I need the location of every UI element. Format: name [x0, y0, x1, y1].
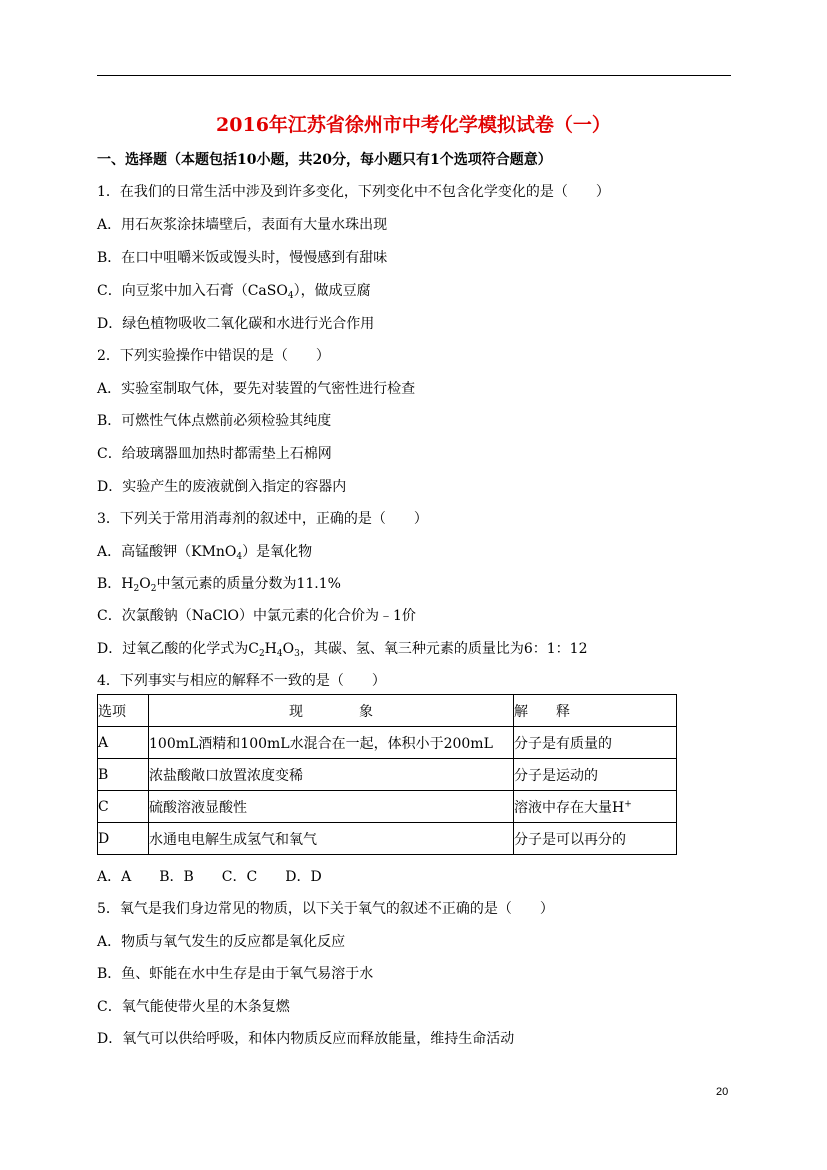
question-4-answer-choices: A．A B．B C．C D．D	[97, 866, 322, 886]
text: 溶液中存在大量H	[514, 800, 624, 816]
question-1-option-a: A．用石灰浆涂抹墙壁后，表面有大量水珠出现	[97, 214, 387, 234]
question-3-option-c: C．次氯酸钠（NaClO）中氯元素的化合价为﹣1价	[97, 605, 416, 625]
section-heading: 一、选择题（本题包括10小题，共20分，每小题只有1个选项符合题意）	[97, 149, 552, 169]
table-cell: 100mL酒精和100mL水混合在一起，体积小于200mL	[149, 727, 514, 759]
question-5-option-c: C．氧气能使带火星的木条复燃	[97, 996, 290, 1016]
table-cell: A	[98, 727, 149, 759]
table-cell: 硫酸溶液显酸性	[149, 791, 514, 823]
table-header-row: 选项 现 象 解 释	[98, 695, 677, 727]
text: ），做成豆腐	[294, 283, 371, 299]
table-cell: 水通电电解生成氢气和氧气	[149, 823, 514, 855]
text: ）是氧化物	[242, 544, 312, 560]
table-row: D 水通电电解生成氢气和氧气 分子是可以再分的	[98, 823, 677, 855]
question-1-stem: 1．在我们的日常生活中涉及到许多变化，下列变化中不包含化学变化的是（ ）	[97, 181, 610, 201]
question-3-stem: 3．下列关于常用消毒剂的叙述中，正确的是（ ）	[97, 508, 428, 528]
table-row: C 硫酸溶液显酸性 溶液中存在大量H+	[98, 791, 677, 823]
text: C．向豆浆中加入石膏（CaSO	[97, 283, 288, 299]
table-cell: 分子是有质量的	[514, 727, 677, 759]
text: O	[139, 576, 150, 592]
question-4-table: 选项 现 象 解 释 A 100mL酒精和100mL水混合在一起，体积小于200…	[97, 694, 677, 855]
question-4-stem: 4．下列事实与相应的解释不一致的是（ ）	[97, 670, 386, 690]
text: ，其碳、氢、氧三种元素的质量比为6：1：12	[300, 641, 588, 657]
table-row: B 浓盐酸敞口放置浓度变稀 分子是运动的	[98, 759, 677, 791]
table-cell: D	[98, 823, 149, 855]
table-cell: B	[98, 759, 149, 791]
question-3-option-a: A．高锰酸钾（KMnO4）是氧化物	[97, 541, 312, 562]
question-2-option-a: A．实验室制取气体，要先对装置的气密性进行检查	[97, 378, 415, 398]
question-2-stem: 2．下列实验操作中错误的是（ ）	[97, 345, 330, 365]
table-header: 选项	[98, 695, 149, 727]
table-cell: 分子是可以再分的	[514, 823, 677, 855]
header-rule	[97, 75, 731, 76]
page-number: 20	[716, 1086, 728, 1098]
table-header: 现 象	[149, 695, 514, 727]
question-5-option-b: B．鱼、虾能在水中生存是由于氧气易溶于水	[97, 963, 373, 983]
text: A．高锰酸钾（KMnO	[97, 544, 236, 560]
question-1-option-c: C．向豆浆中加入石膏（CaSO4），做成豆腐	[97, 280, 371, 301]
text: 中氢元素的质量分数为11.1%	[156, 576, 340, 592]
table-cell: C	[98, 791, 149, 823]
superscript: +	[624, 799, 632, 809]
question-3-option-b: B．H2O2中氢元素的质量分数为11.1%	[97, 573, 341, 594]
text: B．H	[97, 576, 134, 592]
question-5-option-a: A．物质与氧气发生的反应都是氧化反应	[97, 931, 345, 951]
table-row: A 100mL酒精和100mL水混合在一起，体积小于200mL 分子是有质量的	[98, 727, 677, 759]
question-2-option-d: D．实验产生的废液就倒入指定的容器内	[97, 476, 346, 496]
question-5-stem: 5．氧气是我们身边常见的物质，以下关于氧气的叙述不正确的是（ ）	[97, 898, 554, 918]
question-2-option-c: C．给玻璃器皿加热时都需垫上石棉网	[97, 443, 332, 463]
question-2-option-b: B．可燃性气体点燃前必须检验其纯度	[97, 410, 331, 430]
page-title: 2016年江苏省徐州市中考化学模拟试卷（一）	[0, 110, 827, 137]
text: D．过氧乙酸的化学式为C	[97, 641, 259, 657]
table-cell: 溶液中存在大量H+	[514, 791, 677, 823]
table-cell: 浓盐酸敞口放置浓度变稀	[149, 759, 514, 791]
question-1-option-d: D．绿色植物吸收二氧化碳和水进行光合作用	[97, 313, 374, 333]
question-1-option-b: B．在口中咀嚼米饭或馒头时，慢慢感到有甜味	[97, 247, 387, 267]
text: H	[265, 641, 277, 657]
question-3-option-d: D．过氧乙酸的化学式为C2H4O3，其碳、氢、氧三种元素的质量比为6：1：12	[97, 638, 587, 659]
table-cell: 分子是运动的	[514, 759, 677, 791]
text: O	[283, 641, 294, 657]
question-5-option-d: D．氧气可以供给呼吸，和体内物质反应而释放能量，维持生命活动	[97, 1028, 514, 1048]
table-header: 解 释	[514, 695, 677, 727]
